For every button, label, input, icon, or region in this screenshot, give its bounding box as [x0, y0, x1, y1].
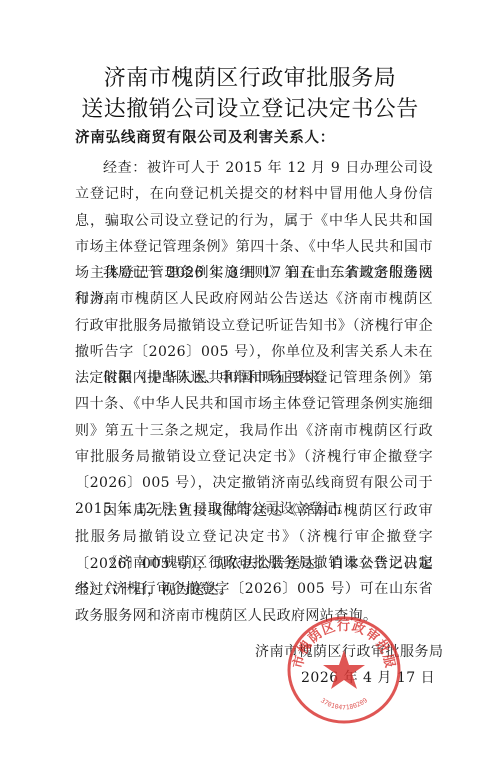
- addressee: 济南弘线商贸有限公司及利害关系人：: [75, 126, 335, 147]
- star-icon: [323, 650, 365, 689]
- svg-text:3701047180209: 3701047180209: [319, 696, 369, 711]
- official-seal: 济南市槐荫区行政审批服务局 3701047180209: [284, 614, 404, 726]
- seal-code: 3701047180209: [319, 696, 369, 711]
- document-title-line1: 济南市槐荫区行政审批服务局: [0, 61, 500, 92]
- document-title-line2: 送达撤销公司设立登记决定书公告: [0, 92, 500, 123]
